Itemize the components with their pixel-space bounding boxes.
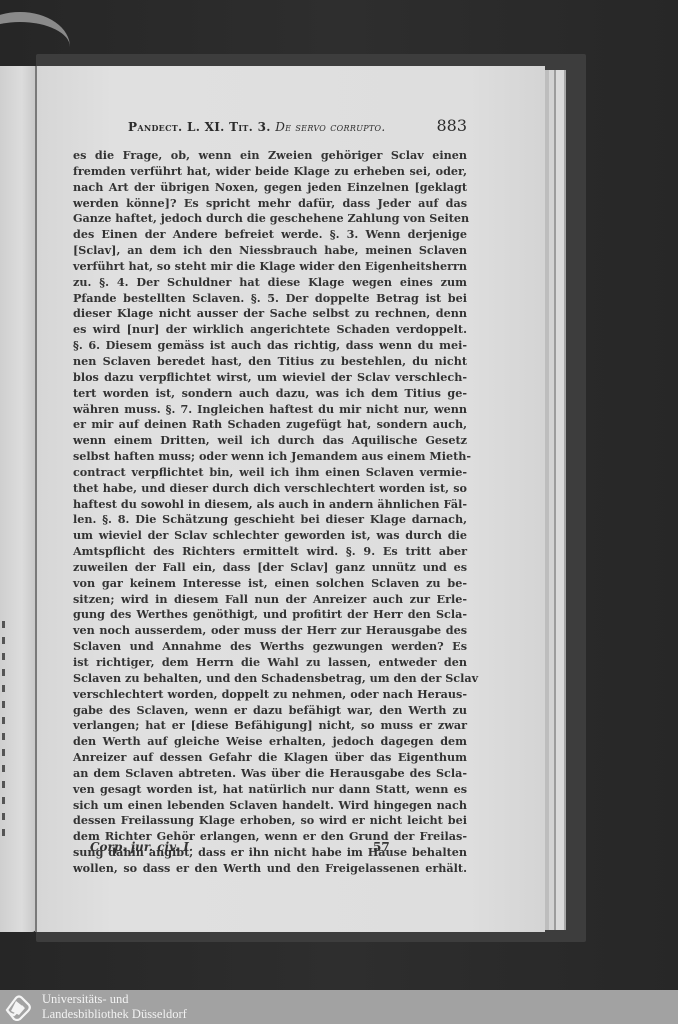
text-line: an dem Sclaven abtreten. Was über die He…	[73, 766, 467, 782]
text-line: nach Art der übrigen Noxen, gegen jeden …	[73, 180, 467, 196]
sheet-number: 57	[373, 840, 390, 854]
running-header: Pandect. L. XI. Tit. 3. De servo corrupt…	[128, 116, 463, 136]
text-line: sitzen; wird in diesem Fall nun der Anre…	[73, 592, 467, 608]
text-line: sich um einen lebenden Sclaven handelt. …	[73, 798, 467, 814]
text-line: tert worden ist, sondern auch dazu, was …	[73, 386, 467, 402]
text-line: gung des Werthes genöthigt, und profitir…	[73, 607, 467, 623]
text-line: verschlechtert worden, doppelt zu nehmen…	[73, 687, 467, 703]
left-page-text-marks	[2, 621, 8, 845]
text-line: len. §. 8. Die Schätzung geschieht bei d…	[73, 512, 467, 528]
text-line: ven noch ausserdem, oder muss der Herr z…	[73, 623, 467, 639]
text-line: ist richtiger, dem Herrn die Wahl zu las…	[73, 655, 467, 671]
page-number: 883	[436, 116, 467, 135]
text-line: thet habe, und dieser durch dich verschl…	[73, 481, 467, 497]
library-name-line2: Landesbibliothek Düsseldorf	[42, 1007, 187, 1022]
text-line: verführt hat, so steht mir die Klage wid…	[73, 259, 467, 275]
text-line: den Werth auf gleiche Weise erhalten, je…	[73, 734, 467, 750]
text-line: selbst haften muss; oder wenn ich Jemand…	[73, 449, 467, 465]
running-title: Pandect. L. XI. Tit. 3. De servo corrupt…	[128, 120, 386, 134]
text-line: dessen Freilassung Klage erhoben, so wir…	[73, 813, 467, 829]
text-line: nen Sclaven beredet hast, den Titius zu …	[73, 354, 467, 370]
book-gutter	[35, 66, 37, 932]
text-line: es wird [nur] der wirklich angerichtete …	[73, 322, 467, 338]
text-line: Sclaven und Annahme des Werths gezwungen…	[73, 639, 467, 655]
text-line: währen muss. §. 7. Ingleichen haftest du…	[73, 402, 467, 418]
left-page-edge	[0, 66, 36, 932]
text-line: es die Frage, ob, wenn ein Zweien gehöri…	[73, 148, 467, 164]
text-line: haftest du sowohl in diesem, als auch in…	[73, 497, 467, 513]
text-line: Anreizer auf dessen Gefahr die Klagen üb…	[73, 750, 467, 766]
text-line: zuweilen der Fall ein, dass [der Sclav] …	[73, 560, 467, 576]
text-line: Pfande bestellten Sclaven. §. 5. Der dop…	[73, 291, 467, 307]
library-logo-icon	[3, 993, 33, 1021]
body-text: es die Frage, ob, wenn ein Zweien gehöri…	[73, 148, 467, 877]
library-name: Universitäts- und Landesbibliothek Düsse…	[42, 992, 187, 1022]
text-line: werden könne]? Es spricht mehr dafür, da…	[73, 196, 467, 212]
text-line: gabe des Sclaven, wenn er dazu befähigt …	[73, 703, 467, 719]
text-line: Ganze haftet, jedoch durch die geschehen…	[73, 211, 467, 227]
text-line: von gar keinem Interesse ist, einen solc…	[73, 576, 467, 592]
text-line: wenn einem Dritten, weil ich durch das A…	[73, 433, 467, 449]
text-line: er mir auf deinen Rath Schaden zugefügt …	[73, 417, 467, 433]
text-line: um wieviel der Sclav schlechter geworden…	[73, 528, 467, 544]
page-edge	[564, 70, 566, 930]
text-line: wollen, so dass er den Werth und den Fre…	[73, 861, 467, 877]
text-line: fremden verführt hat, wider beide Klage …	[73, 164, 467, 180]
text-line: dieser Klage nicht ausser der Sache selb…	[73, 306, 467, 322]
text-line: §. 6. Diesem gemäss ist auch das richtig…	[73, 338, 467, 354]
text-line: des Einen der Andere befreiet werde. §. …	[73, 227, 467, 243]
signature-mark: Corp. jur. civ. I.	[90, 840, 193, 854]
text-line: blos dazu verpflichtet wirst, um wieviel…	[73, 370, 467, 386]
text-line: Sclaven zu behalten, und den Schadensbet…	[73, 671, 467, 687]
library-branding-bar: Universitäts- und Landesbibliothek Düsse…	[0, 990, 678, 1024]
page-edge	[556, 70, 564, 930]
text-line: [Sclav], an dem ich den Niessbrauch habe…	[73, 243, 467, 259]
library-name-line1: Universitäts- und	[42, 992, 187, 1007]
running-title-italic: De servo corrupto.	[275, 120, 385, 134]
text-line: ven gesagt worden ist, hat natürlich nur…	[73, 782, 467, 798]
text-line: contract verpflichtet bin, weil ich ihm …	[73, 465, 467, 481]
text-line: verlangen; hat er [diese Befähigung] nic…	[73, 718, 467, 734]
text-line: Amtspflicht des Richters ermittelt wird.…	[73, 544, 467, 560]
text-line: zu. §. 4. Der Schuldner hat diese Klage …	[73, 275, 467, 291]
